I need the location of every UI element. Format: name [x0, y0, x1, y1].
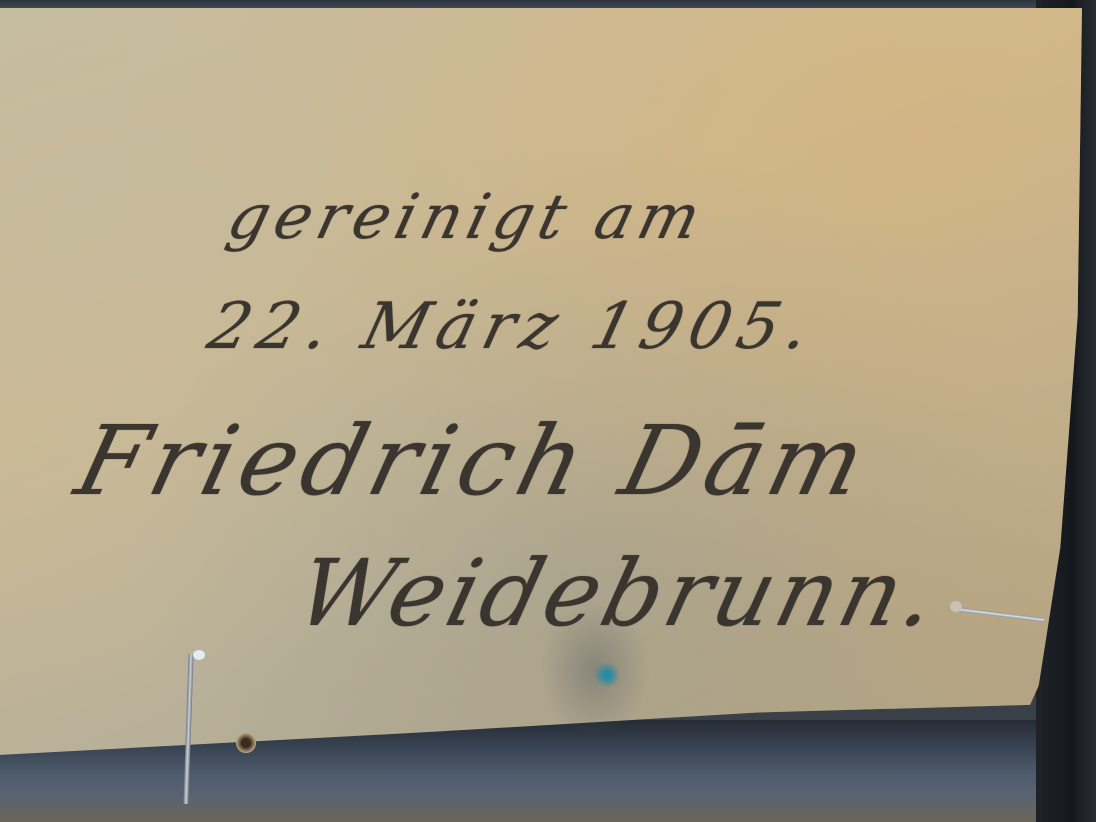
handwritten-line-date: 22. März 1905.: [201, 290, 825, 364]
pin-head-right: [950, 601, 962, 612]
handwritten-line-place: Weidebrunn.: [287, 540, 952, 647]
pin-head-left: [193, 650, 205, 660]
photo-scene: gereinigt am 22. März 1905. Friedrich Dā…: [0, 0, 1096, 822]
handwritten-line-name: Friedrich Dām: [66, 405, 881, 517]
nail-hole: [236, 733, 256, 753]
blue-ink-stain: [594, 662, 620, 688]
handwritten-line-cleaned-on: gereinigt am: [221, 180, 714, 253]
